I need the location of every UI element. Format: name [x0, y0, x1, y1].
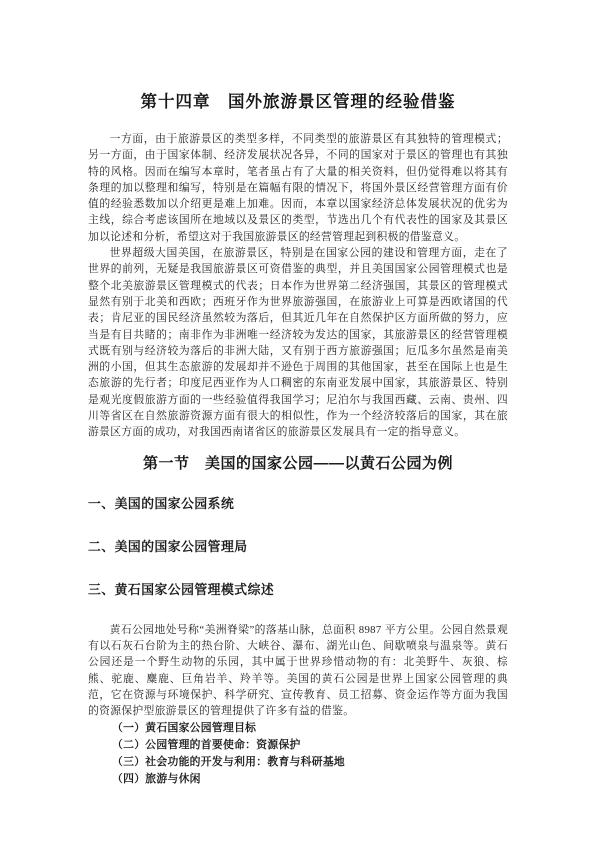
document-page: 第十四章 国外旅游景区管理的经验借鉴 一方面，由于旅游景区的类型多样，不同类型的… — [0, 0, 595, 842]
list-item-resource-protection: （二）公园管理的首要使命：资源保护 — [112, 737, 508, 754]
intro-paragraph-1: 一方面，由于旅游景区的类型多样，不同类型的旅游景区有其独特的管理模式；另一方面，… — [88, 131, 508, 245]
intro-paragraph-2: 世界超级大国美国，在旅游景区，特别是在国家公园的建设和管理方面，走在了世界的前列… — [88, 245, 508, 441]
list-item-tourism-leisure: （四）旅游与休闲 — [112, 771, 508, 788]
heading-national-park-service: 二、美国的国家公园管理局 — [88, 540, 508, 554]
heading-national-park-system: 一、美国的国家公园系统 — [88, 497, 508, 511]
list-item-management-goals: （一）黄石国家公园管理目标 — [112, 720, 508, 737]
section-title: 第一节 美国的国家公园——以黄石公园为例 — [88, 454, 508, 474]
management-topics-list: （一）黄石国家公园管理目标 （二）公园管理的首要使命：资源保护 （三）社会功能的… — [88, 720, 508, 787]
yellowstone-paragraph: 黄石公园地处号称“美洲脊梁”的落基山脉，总面积 8987 平方公里。公园自然景观… — [88, 622, 508, 720]
list-item-education-research: （三）社会功能的开发与利用：教育与科研基地 — [112, 754, 508, 771]
chapter-title: 第十四章 国外旅游景区管理的经验借鉴 — [88, 93, 508, 112]
heading-yellowstone-management-overview: 三、黄石国家公园管理模式综述 — [88, 583, 508, 597]
